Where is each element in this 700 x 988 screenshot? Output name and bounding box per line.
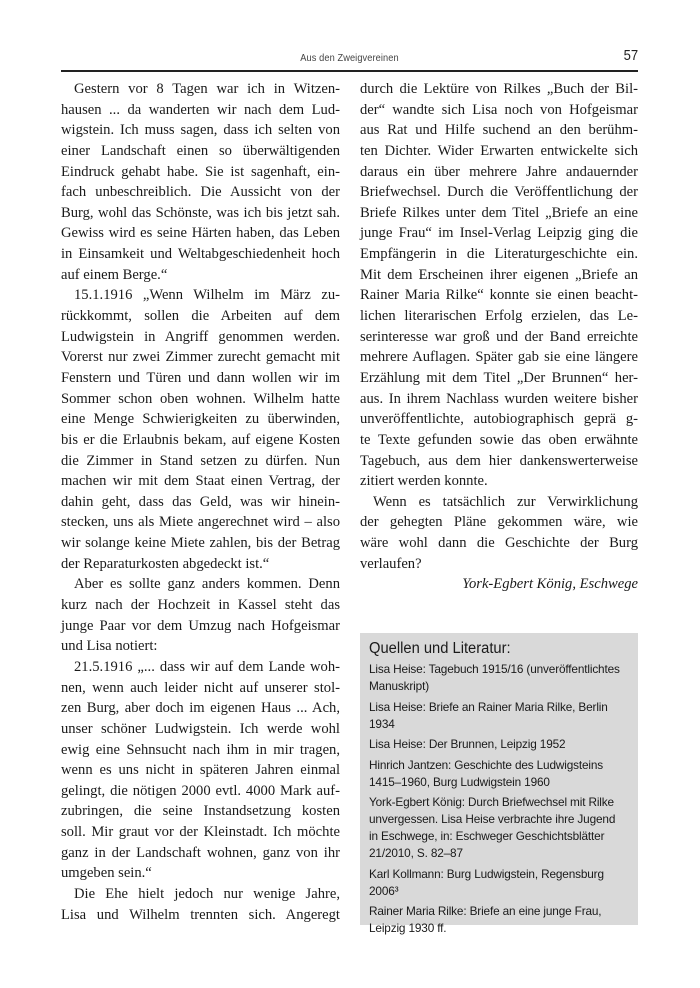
text-line: Tagebuch, aus dem hier dankenswerterweis… — [360, 451, 638, 472]
source-line: in Eschwege, in: Eschweger Geschichtsblä… — [369, 828, 629, 845]
source-line: York-Egbert König: Durch Briefwechsel mi… — [369, 794, 629, 811]
text-line: durch die Lektüre von Rilkes „Buch der B… — [360, 79, 638, 100]
text-line: unveröffentlichte, autobiographisch gepr… — [360, 409, 638, 430]
page-number: 57 — [623, 48, 638, 64]
text-line: Empfängerin in die Literaturgeschichte e… — [360, 244, 638, 265]
text-line: und Lisa notiert: — [61, 636, 340, 657]
source-entry: Lisa Heise: Briefe an Rainer Maria Rilke… — [369, 699, 629, 733]
source-entry: Hinrich Jantzen: Geschichte des Ludwigst… — [369, 757, 629, 791]
text-line: wäre wohl dann die Geschichte der Burg — [360, 533, 638, 554]
text-line: fach unbeschreiblich. Die Aussicht von d… — [61, 182, 340, 203]
text-line: ewig eine Sehnsucht nach ihm in mir trag… — [61, 740, 340, 761]
text-line: der gehegten Pläne gekommen wäre, wie — [360, 512, 638, 533]
text-line: Eindruck gehabt habe. Sie ist sagenhaft,… — [61, 162, 340, 183]
text-line: auf einem Berge.“ — [61, 265, 340, 286]
source-entry: Rainer Maria Rilke: Briefe an eine junge… — [369, 903, 629, 937]
source-entry: Lisa Heise: Tagebuch 1915/16 (unveröffen… — [369, 661, 629, 695]
sources-heading: Quellen und Literatur: — [369, 639, 616, 659]
text-line: Briefe Rilkes unter dem Titel „Briefe an… — [360, 203, 638, 224]
text-line: der“ wandte sich Lisa noch von Hofgeisma… — [360, 100, 638, 121]
text-line: bis er die Erlaubnis bekam, auf eigene K… — [61, 430, 340, 451]
text-line: Gewiss wird es seine Härten haben, das L… — [61, 223, 340, 244]
source-line: Karl Kollmann: Burg Ludwigstein, Regensb… — [369, 866, 629, 883]
text-line: Die Ehe hielt jedoch nur wenige Jahre, — [61, 884, 340, 905]
text-line: dahin geht, dass das Geld, was wir hinei… — [61, 492, 340, 513]
right-column: durch die Lektüre von Rilkes „Buch der B… — [360, 79, 638, 595]
text-line: zitiert werden konnte. — [360, 471, 638, 492]
text-line: Aber es sollte ganz anders kommen. Denn — [61, 574, 340, 595]
running-header: Aus den Zweigvereinen 57 — [61, 48, 638, 68]
text-line: wenn es uns nicht in späteren Jahren ein… — [61, 760, 340, 781]
source-line: Manuskript) — [369, 678, 629, 695]
text-line: te Texte gefunden sowie das oben erwähnt… — [360, 430, 638, 451]
text-line: Erzählung mit dem Titel „Der Brunnen“ he… — [360, 368, 638, 389]
text-line: eine Menge Schwierigkeiten zu überwinden… — [61, 409, 340, 430]
text-line: die Zimmer in Stand setzen zu dürfen. Nu… — [61, 451, 340, 472]
text-line: aus. In ihrem Nachlass wurden weitere bi… — [360, 389, 638, 410]
source-entry: Lisa Heise: Der Brunnen, Leipzig 1952 — [369, 736, 629, 753]
source-line: 1934 — [369, 716, 629, 733]
sources-box: Quellen und Literatur: Lisa Heise: Tageb… — [360, 633, 638, 925]
source-line: Leipzig 1930 ff. — [369, 920, 629, 937]
text-line: Burg, wohl das Schönste, was ich bis jet… — [61, 203, 340, 224]
text-line: kurz nach der Hochzeit in Kassel steht d… — [61, 595, 340, 616]
document-page: Aus den Zweigvereinen 57 Gestern vor 8 T… — [0, 0, 700, 988]
text-line: rückkommt, sollen die Arbeiten auf dem — [61, 306, 340, 327]
text-line: Mit dem Erscheinen ihrer eigenen „Briefe… — [360, 265, 638, 286]
text-line: junge Paar vor dem Umzug nach Hofgeismar — [61, 616, 340, 637]
source-line: 2006³ — [369, 883, 629, 900]
text-line: machen wir mit dem Staat einen Vertrag, … — [61, 471, 340, 492]
text-line: Wenn es tatsächlich zur Verwirklichung — [360, 492, 638, 513]
text-line: 21.5.1916 „... dass wir auf dem Lande wo… — [61, 657, 340, 678]
text-line: soll. Mir graut vor der Kleinstadt. Ich … — [61, 822, 340, 843]
text-line: wir solange keine Miete zahlen, bis der … — [61, 533, 340, 554]
source-entry: York-Egbert König: Durch Briefwechsel mi… — [369, 794, 629, 862]
source-line: 21/2010, S. 82–87 — [369, 845, 629, 862]
header-rule — [61, 70, 638, 72]
text-line: Sommer schon oben wohnen. Wilhelm hatte — [61, 389, 340, 410]
text-line: in Einsamkeit und Weltabgeschiedenheit h… — [61, 244, 340, 265]
source-entry: Karl Kollmann: Burg Ludwigstein, Regensb… — [369, 866, 629, 900]
text-line: gelingt, die nötigen 2000 evtl. 4000 Mar… — [61, 781, 340, 802]
text-line: stecken, uns als Miete angerechnet wird … — [61, 512, 340, 533]
text-line: wigstein. Ich muss sagen, dass ich selte… — [61, 120, 340, 141]
text-line: Briefwechsel. Durch die Veröffentlichung… — [360, 182, 638, 203]
text-line: lichen literarischen Erfolg erzielen, da… — [360, 306, 638, 327]
text-line: aus Rat und Hilfe suchend an den berühm- — [360, 120, 638, 141]
author-signature: York-Egbert König, Eschwege — [360, 574, 638, 595]
text-line: Vorerst nur zwei Zimmer zurecht gemacht … — [61, 347, 340, 368]
text-line: Fenstern und Türen und dann wollen wir i… — [61, 368, 340, 389]
text-line: zen Burg, aber doch im eigenen Haus ... … — [61, 698, 340, 719]
text-line: ten Dichter. Wider Erwarten entwickelte … — [360, 141, 638, 162]
text-line: Lisa und Wilhelm trennten sich. Angeregt — [61, 905, 340, 926]
text-line: mehrere Auflagen. Später gab sie eine lä… — [360, 347, 638, 368]
text-line: nen, wenn auch leider nicht auf unserer … — [61, 678, 340, 699]
source-line: Lisa Heise: Tagebuch 1915/16 (unveröffen… — [369, 661, 629, 678]
text-line: hausen ... da wanderten wir nach dem Lud… — [61, 100, 340, 121]
source-line: Lisa Heise: Der Brunnen, Leipzig 1952 — [369, 736, 629, 753]
text-line: umgeben sein.“ — [61, 863, 340, 884]
text-line: Rainer Maria Rilke“ konnte sie einen bea… — [360, 285, 638, 306]
text-line: unser schöner Ludwigstein. Ich werde woh… — [61, 719, 340, 740]
source-line: unvergessen. Lisa Heise verbrachte ihre … — [369, 811, 629, 828]
text-line: zubringen, die seine Instandsetzung kost… — [61, 801, 340, 822]
source-line: Rainer Maria Rilke: Briefe an eine junge… — [369, 903, 629, 920]
running-title: Aus den Zweigvereinen — [96, 52, 604, 64]
text-line: serinteresse war groß und der Band errei… — [360, 327, 638, 348]
text-line: verlaufen? — [360, 554, 638, 575]
left-column: Gestern vor 8 Tagen war ich in Witzen- h… — [61, 79, 340, 925]
text-line: daraus ein über mehrere Jahre andauernde… — [360, 162, 638, 183]
text-line: 15.1.1916 „Wenn Wilhelm im März zu- — [61, 285, 340, 306]
source-line: Hinrich Jantzen: Geschichte des Ludwigst… — [369, 757, 629, 774]
text-line: ganz in der Landschaft wohnen, ganz von … — [61, 843, 340, 864]
source-line: 1415–1960, Burg Ludwigstein 1960 — [369, 774, 629, 791]
text-line: der Reparaturkosten abgedeckt ist.“ — [61, 554, 340, 575]
text-line: junge Frau“ im Insel-Verlag Leipzig ging… — [360, 223, 638, 244]
text-line: einer Landschaft einen so überwältigende… — [61, 141, 340, 162]
text-line: Ludwigstein in Angriff genommen werden. — [61, 327, 340, 348]
source-line: Lisa Heise: Briefe an Rainer Maria Rilke… — [369, 699, 629, 716]
text-line: Gestern vor 8 Tagen war ich in Witzen- — [61, 79, 340, 100]
